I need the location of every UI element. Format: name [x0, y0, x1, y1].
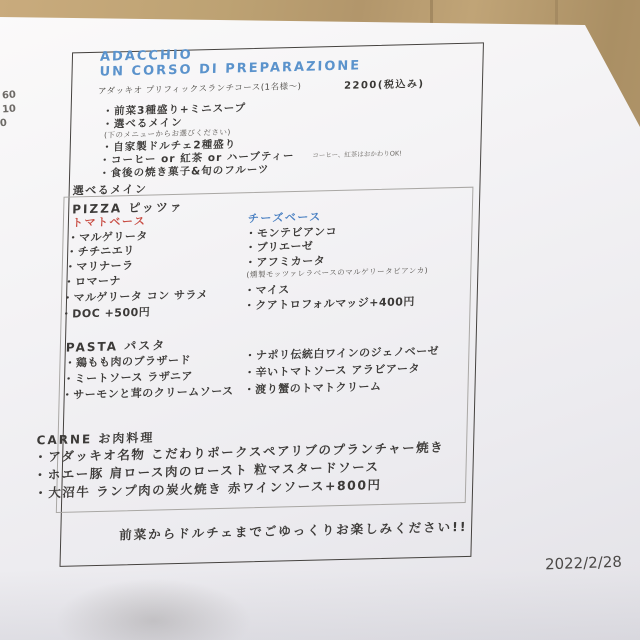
select-main-label: 選べるメイン — [73, 181, 148, 199]
pizza-tomato-item: ・ロマーナ — [63, 272, 121, 289]
pizza-tomato-item: ・DOC +500円 — [61, 304, 151, 322]
date-label: 2022/2/28 — [545, 553, 623, 574]
left-edge-number-fragment: 10 — [2, 104, 17, 116]
left-edge-number-fragment: 0 — [0, 118, 7, 129]
pasta-item: ・渡り蟹のトマトクリーム — [243, 378, 381, 397]
left-edge-number-fragment: 60 — [2, 90, 17, 102]
price-label: 2200(税込み) — [344, 75, 425, 92]
printed-menu-content: ADACCHIO UN CORSO DI PREPARAZIONE アダッキオ … — [0, 0, 640, 640]
